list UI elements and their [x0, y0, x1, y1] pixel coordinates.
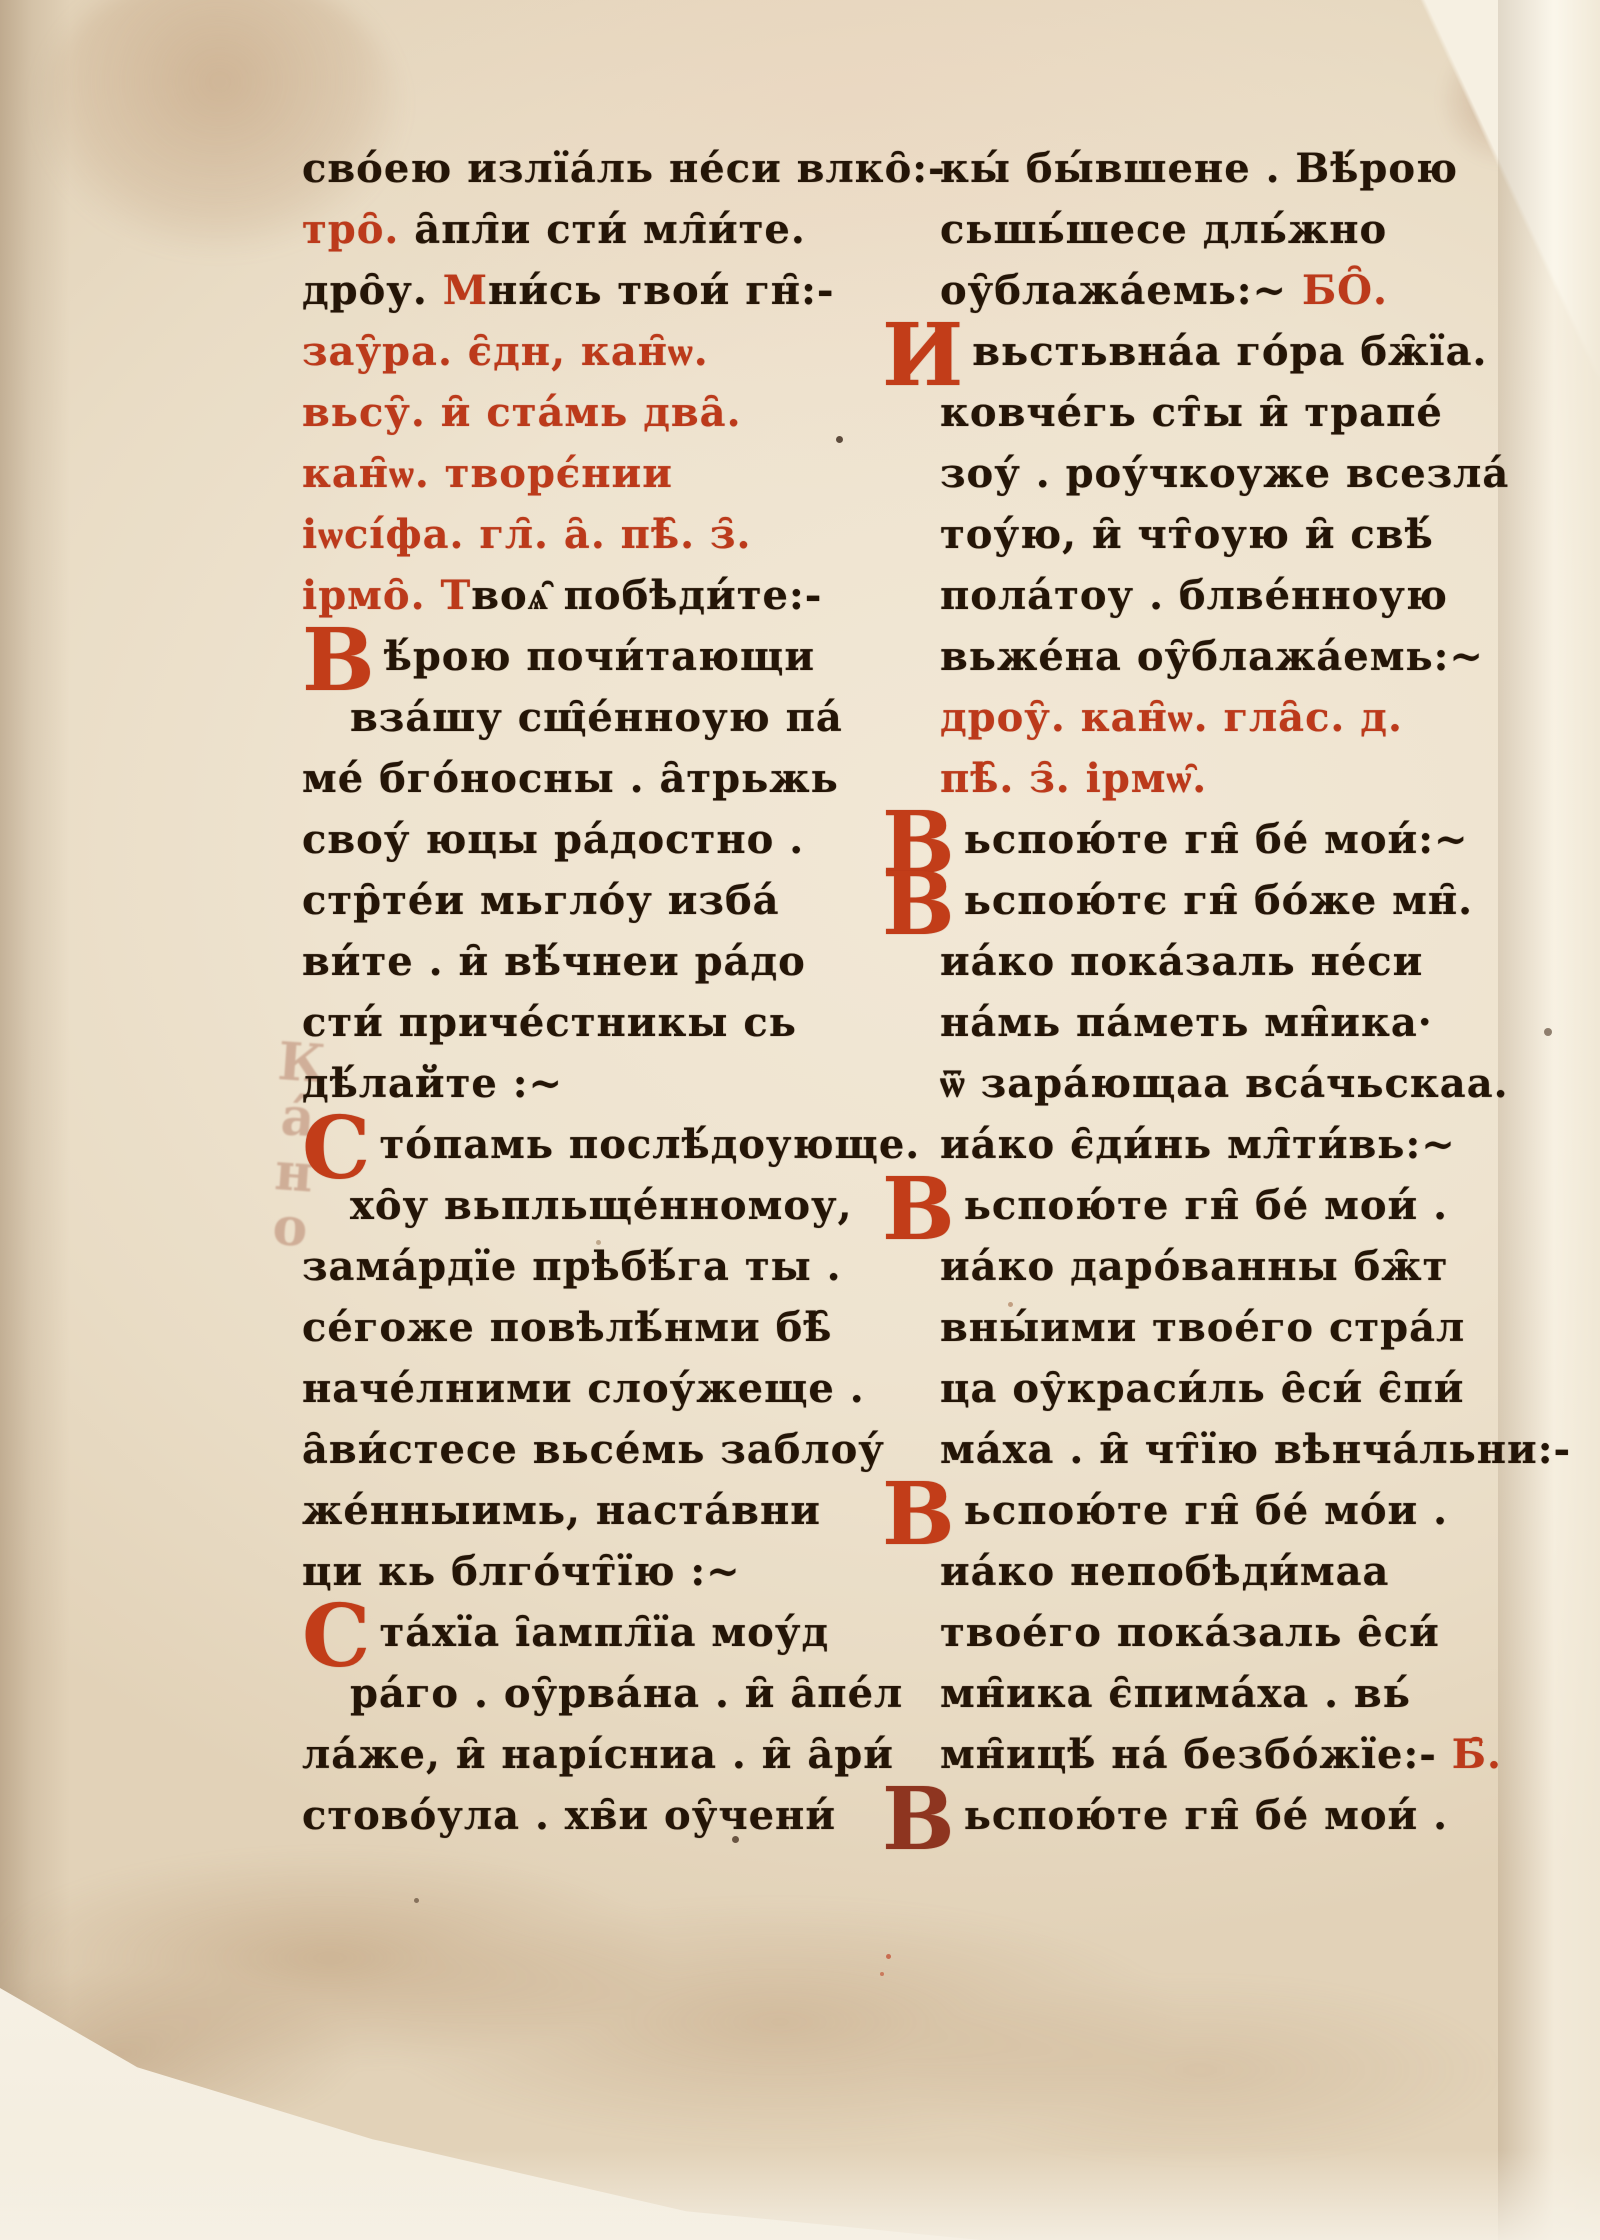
text-line: ви́те . и̑ вѣ́чнеи ра́до — [302, 931, 902, 992]
text-segment: ра́го . оу̑рва́на . и̑ а̑пе́л — [350, 1670, 903, 1717]
text-line: ма́ха . и̑ чт̑їю вѣнча́льни:- — [940, 1419, 1560, 1480]
ink-speck — [414, 1898, 419, 1903]
text-line: кан̑ѡ. творє́нии — [302, 443, 902, 504]
text-line: же́нныимь, наста́вни — [302, 1480, 902, 1541]
text-segment: ьспою́те гн̑ бе́ мои́ . — [964, 1792, 1448, 1839]
text-line: сво́ею излїа́ль не́си влко̑:- — [302, 138, 902, 199]
text-line: иа́ко непобѣди́маа — [940, 1541, 1560, 1602]
text-line: Вьспою́те гн̑ бе́ мои́ . — [940, 1785, 1560, 1846]
text-line: ца оу̑краси́ль е̑си́ є̑пи́ — [940, 1358, 1560, 1419]
text-line: хо̑у вьпльще́нномоу, — [302, 1175, 902, 1236]
text-segment: ьспою́те гн̑ бе́ мои́ . — [964, 1182, 1448, 1229]
text-segment: вны́ими твое́го стра́л — [940, 1304, 1465, 1351]
text-segment: мн̑ика є̑пима́ха . вь́ — [940, 1670, 1411, 1717]
text-line: иа́ко є̑ди́нь мл̑ти́вь:~ — [940, 1114, 1560, 1175]
text-line: ра́го . оу̑рва́на . и̑ а̑пе́л — [302, 1663, 902, 1724]
text-line: дроу̑. кан̑ѡ. гла̑с. д. — [940, 687, 1560, 748]
text-line: Вѣ́рою почи́тающи — [302, 626, 902, 687]
text-line: пола́тоу . блве́нноую — [940, 565, 1560, 626]
text-line: зау̑ра. є̑дн, кан̑ѡ. — [302, 321, 902, 382]
text-segment: ьспою́тє гн̑ бо́же мн̑. — [964, 877, 1473, 924]
text-line: вьсу̑. и̑ ста́мь два̑. — [302, 382, 902, 443]
text-segment: кы́ бы́вшене . Вѣ́рою — [940, 145, 1458, 192]
text-segment: вьже́на оу̑блажа́емь:~ — [940, 633, 1484, 680]
text-segment: ни́сь твои́ гн̑:- — [488, 267, 834, 314]
text-segment: же́нныимь, наста́вни — [302, 1487, 821, 1534]
text-segment: пола́тоу . блве́нноую — [940, 572, 1448, 619]
text-line: ѿ зара́ющаа вса́чьскаа. — [940, 1053, 1560, 1114]
text-segment: иа́ко є̑ди́нь мл̑ти́вь:~ — [940, 1121, 1456, 1168]
text-line: дро̑у. Мни́сь твои́ гн̑:- — [302, 260, 902, 321]
text-segment: вьсу̑. и̑ ста́мь два̑. — [302, 389, 742, 436]
text-segment: ѿ зара́ющаа вса́чьскаа. — [940, 1060, 1509, 1107]
text-line: ковче́гь ст̑ы и̑ трапе́ — [940, 382, 1560, 443]
text-segment: сьшь́шесе дль́жно — [940, 206, 1387, 253]
text-segment: ма́ха . и̑ чт̑їю вѣнча́льни:- — [940, 1426, 1571, 1473]
manuscript-photo: Ка́но сво́ею излїа́ль не́си влко̑:-тро̑.… — [0, 0, 1600, 2240]
text-segment: М — [443, 267, 488, 314]
text-segment: ковче́гь ст̑ы и̑ трапе́ — [940, 389, 1443, 436]
text-line: пѣ̑. з̑. ірмѡ̑. — [940, 748, 1560, 809]
text-line: стр̑те́и мьгло́у изба́ — [302, 870, 902, 931]
text-line: Сто́памь послѣ́доующе. — [302, 1114, 902, 1175]
text-segment: стово́ула . хв̑и оу̑чени́ — [302, 1792, 836, 1839]
red-ink-speck — [880, 1972, 884, 1976]
text-line: кы́ бы́вшене . Вѣ́рою — [940, 138, 1560, 199]
text-segment: а̑ви́стесе вьсе́мь заблоу́ — [302, 1426, 885, 1473]
text-segment: ьспою́те гн̑ бе́ мои́:~ — [964, 816, 1469, 863]
text-line: Вьспою́те гн̑ бе́ мои́:~ — [940, 809, 1560, 870]
text-segment: БО̑. — [1302, 267, 1388, 314]
text-segment: се́гоже повѣлѣ́нми бѣ̑ — [302, 1304, 832, 1351]
text-line: ци кь блго́чт̑їю :~ — [302, 1541, 902, 1602]
text-segment: пѣ̑. з̑. ірмѡ̑. — [940, 755, 1207, 802]
text-segment: дроу̑. кан̑ѡ. гла̑с. д. — [940, 694, 1403, 741]
text-segment: иа́ко непобѣди́маа — [940, 1548, 1389, 1595]
text-segment: оу̑блажа́емь:~ — [940, 267, 1302, 314]
text-segment: иа́ко даро́ванны бж̑т — [940, 1243, 1448, 1290]
text-segment: воѧ̑ побѣди́те:- — [471, 572, 822, 619]
text-segment: ѣ́рою почи́тающи — [384, 633, 815, 680]
text-line: сьшь́шесе дль́жно — [940, 199, 1560, 260]
text-segment: стр̑те́и мьгло́у изба́ — [302, 877, 780, 924]
text-line: вьже́на оу̑блажа́емь:~ — [940, 626, 1560, 687]
text-segment: ла́же, и̑ нарі́сниа . и̑ а̑ри́ — [302, 1731, 894, 1778]
text-line: стово́ула . хв̑и оу̑чени́ — [302, 1785, 902, 1846]
text-segment: Б̑. — [1452, 1731, 1502, 1778]
text-line: иа́ко даро́ванны бж̑т — [940, 1236, 1560, 1297]
text-line: Ста́хїа і̑ампл̑їа моу́д — [302, 1602, 902, 1663]
text-line: наче́лними слоу́жеще . — [302, 1358, 902, 1419]
text-line: дѣ́лайте :~ — [302, 1053, 902, 1114]
text-segment: сти́ приче́стникы сь — [302, 999, 797, 1046]
text-line: Вьспою́те гн̑ бе́ мои́ . — [940, 1175, 1560, 1236]
text-segment: то́памь послѣ́доующе. — [379, 1121, 920, 1168]
text-line: ме́ бго́носны . а̑трьжь — [302, 748, 902, 809]
text-line: тро̑. а̑пл̑и сти́ мл̑и́те. — [302, 199, 902, 260]
text-segment: твое́го пока́заль е̑си́ — [940, 1609, 1440, 1656]
text-line: сти́ приче́стникы сь — [302, 992, 902, 1053]
text-segment: зоу́ . роу́чкоуже всезла́ — [940, 450, 1509, 497]
text-line: на́мь па́меть мн̑ика· — [940, 992, 1560, 1053]
text-segment: іѡсі́фа. гл̑. а̑. пѣ̑. з̑. — [302, 511, 751, 558]
text-line: се́гоже повѣлѣ́нми бѣ̑ — [302, 1297, 902, 1358]
text-line: вны́ими твое́го стра́л — [940, 1297, 1560, 1358]
text-line: оу̑блажа́емь:~ БО̑. — [940, 260, 1560, 321]
text-line: а̑ви́стесе вьсе́мь заблоу́ — [302, 1419, 902, 1480]
text-segment: сво́ею излїа́ль не́си влко̑:- — [302, 145, 946, 192]
text-segment: хо̑у вьпльще́нномоу, — [350, 1182, 853, 1229]
text-line: Вьспою́тє гн̑ бо́же мн̑. — [940, 870, 1560, 931]
text-segment: ви́те . и̑ вѣ́чнеи ра́до — [302, 938, 806, 985]
text-line: Ивьстьвна́а го́ра бж̑їа. — [940, 321, 1560, 382]
text-segment: та́хїа і̑ампл̑їа моу́д — [379, 1609, 829, 1656]
text-segment: зама́рдїе прѣбѣ́га ты . — [302, 1243, 842, 1290]
text-line: иа́ко пока́заль не́си — [940, 931, 1560, 992]
red-ink-speck — [886, 1954, 891, 1959]
text-line: мн̑ика є̑пима́ха . вь́ — [940, 1663, 1560, 1724]
text-segment: зау̑ра. є̑дн, кан̑ѡ. — [302, 328, 709, 375]
text-line: вза́шу сщ̑е́нноую па́ — [302, 687, 902, 748]
text-segment: а̑пл̑и сти́ мл̑и́те. — [399, 206, 805, 253]
text-segment: мн̑ицѣ́ на́ безбо́жїе:- — [940, 1731, 1452, 1778]
text-segment: своу́ юцы ра́достно . — [302, 816, 804, 863]
text-line: ірмо̑. Твоѧ̑ побѣди́те:- — [302, 565, 902, 626]
bottom-page-edge — [0, 2150, 1600, 2240]
text-segment: ьспою́те гн̑ бе́ мо́и . — [964, 1487, 1448, 1534]
text-segment: кан̑ѡ. творє́нии — [302, 450, 673, 497]
text-line: Вьспою́те гн̑ бе́ мо́и . — [940, 1480, 1560, 1541]
text-line: зоу́ . роу́чкоуже всезла́ — [940, 443, 1560, 504]
text-segment: Т — [440, 572, 471, 619]
text-segment: иа́ко пока́заль не́си — [940, 938, 1423, 985]
text-segment: на́мь па́меть мн̑ика· — [940, 999, 1433, 1046]
text-segment: тоу́ю, и̑ чт̑оую и̑ свѣ́ — [940, 511, 1434, 558]
text-line: ла́же, и̑ нарі́сниа . и̑ а̑ри́ — [302, 1724, 902, 1785]
text-line: своу́ юцы ра́достно . — [302, 809, 902, 870]
text-line: твое́го пока́заль е̑си́ — [940, 1602, 1560, 1663]
text-segment: ца оу̑краси́ль е̑си́ є̑пи́ — [940, 1365, 1464, 1412]
text-line: іѡсі́фа. гл̑. а̑. пѣ̑. з̑. — [302, 504, 902, 565]
text-segment: вза́шу сщ̑е́нноую па́ — [350, 694, 843, 741]
text-line: зама́рдїе прѣбѣ́га ты . — [302, 1236, 902, 1297]
text-line: тоу́ю, и̑ чт̑оую и̑ свѣ́ — [940, 504, 1560, 565]
text-segment: наче́лними слоу́жеще . — [302, 1365, 865, 1412]
text-column-left: сво́ею излїа́ль не́си влко̑:-тро̑. а̑пл̑… — [302, 138, 902, 1846]
text-segment: дро̑у. — [302, 267, 443, 314]
text-segment: вьстьвна́а го́ра бж̑їа. — [972, 328, 1487, 375]
text-column-right: кы́ бы́вшене . Вѣ́роюсьшь́шесе дль́жнооу… — [940, 138, 1560, 1846]
text-line: мн̑ицѣ́ на́ безбо́жїе:- Б̑. — [940, 1724, 1560, 1785]
text-segment: тро̑. — [302, 206, 399, 253]
text-segment: ме́ бго́носны . а̑трьжь — [302, 755, 839, 802]
